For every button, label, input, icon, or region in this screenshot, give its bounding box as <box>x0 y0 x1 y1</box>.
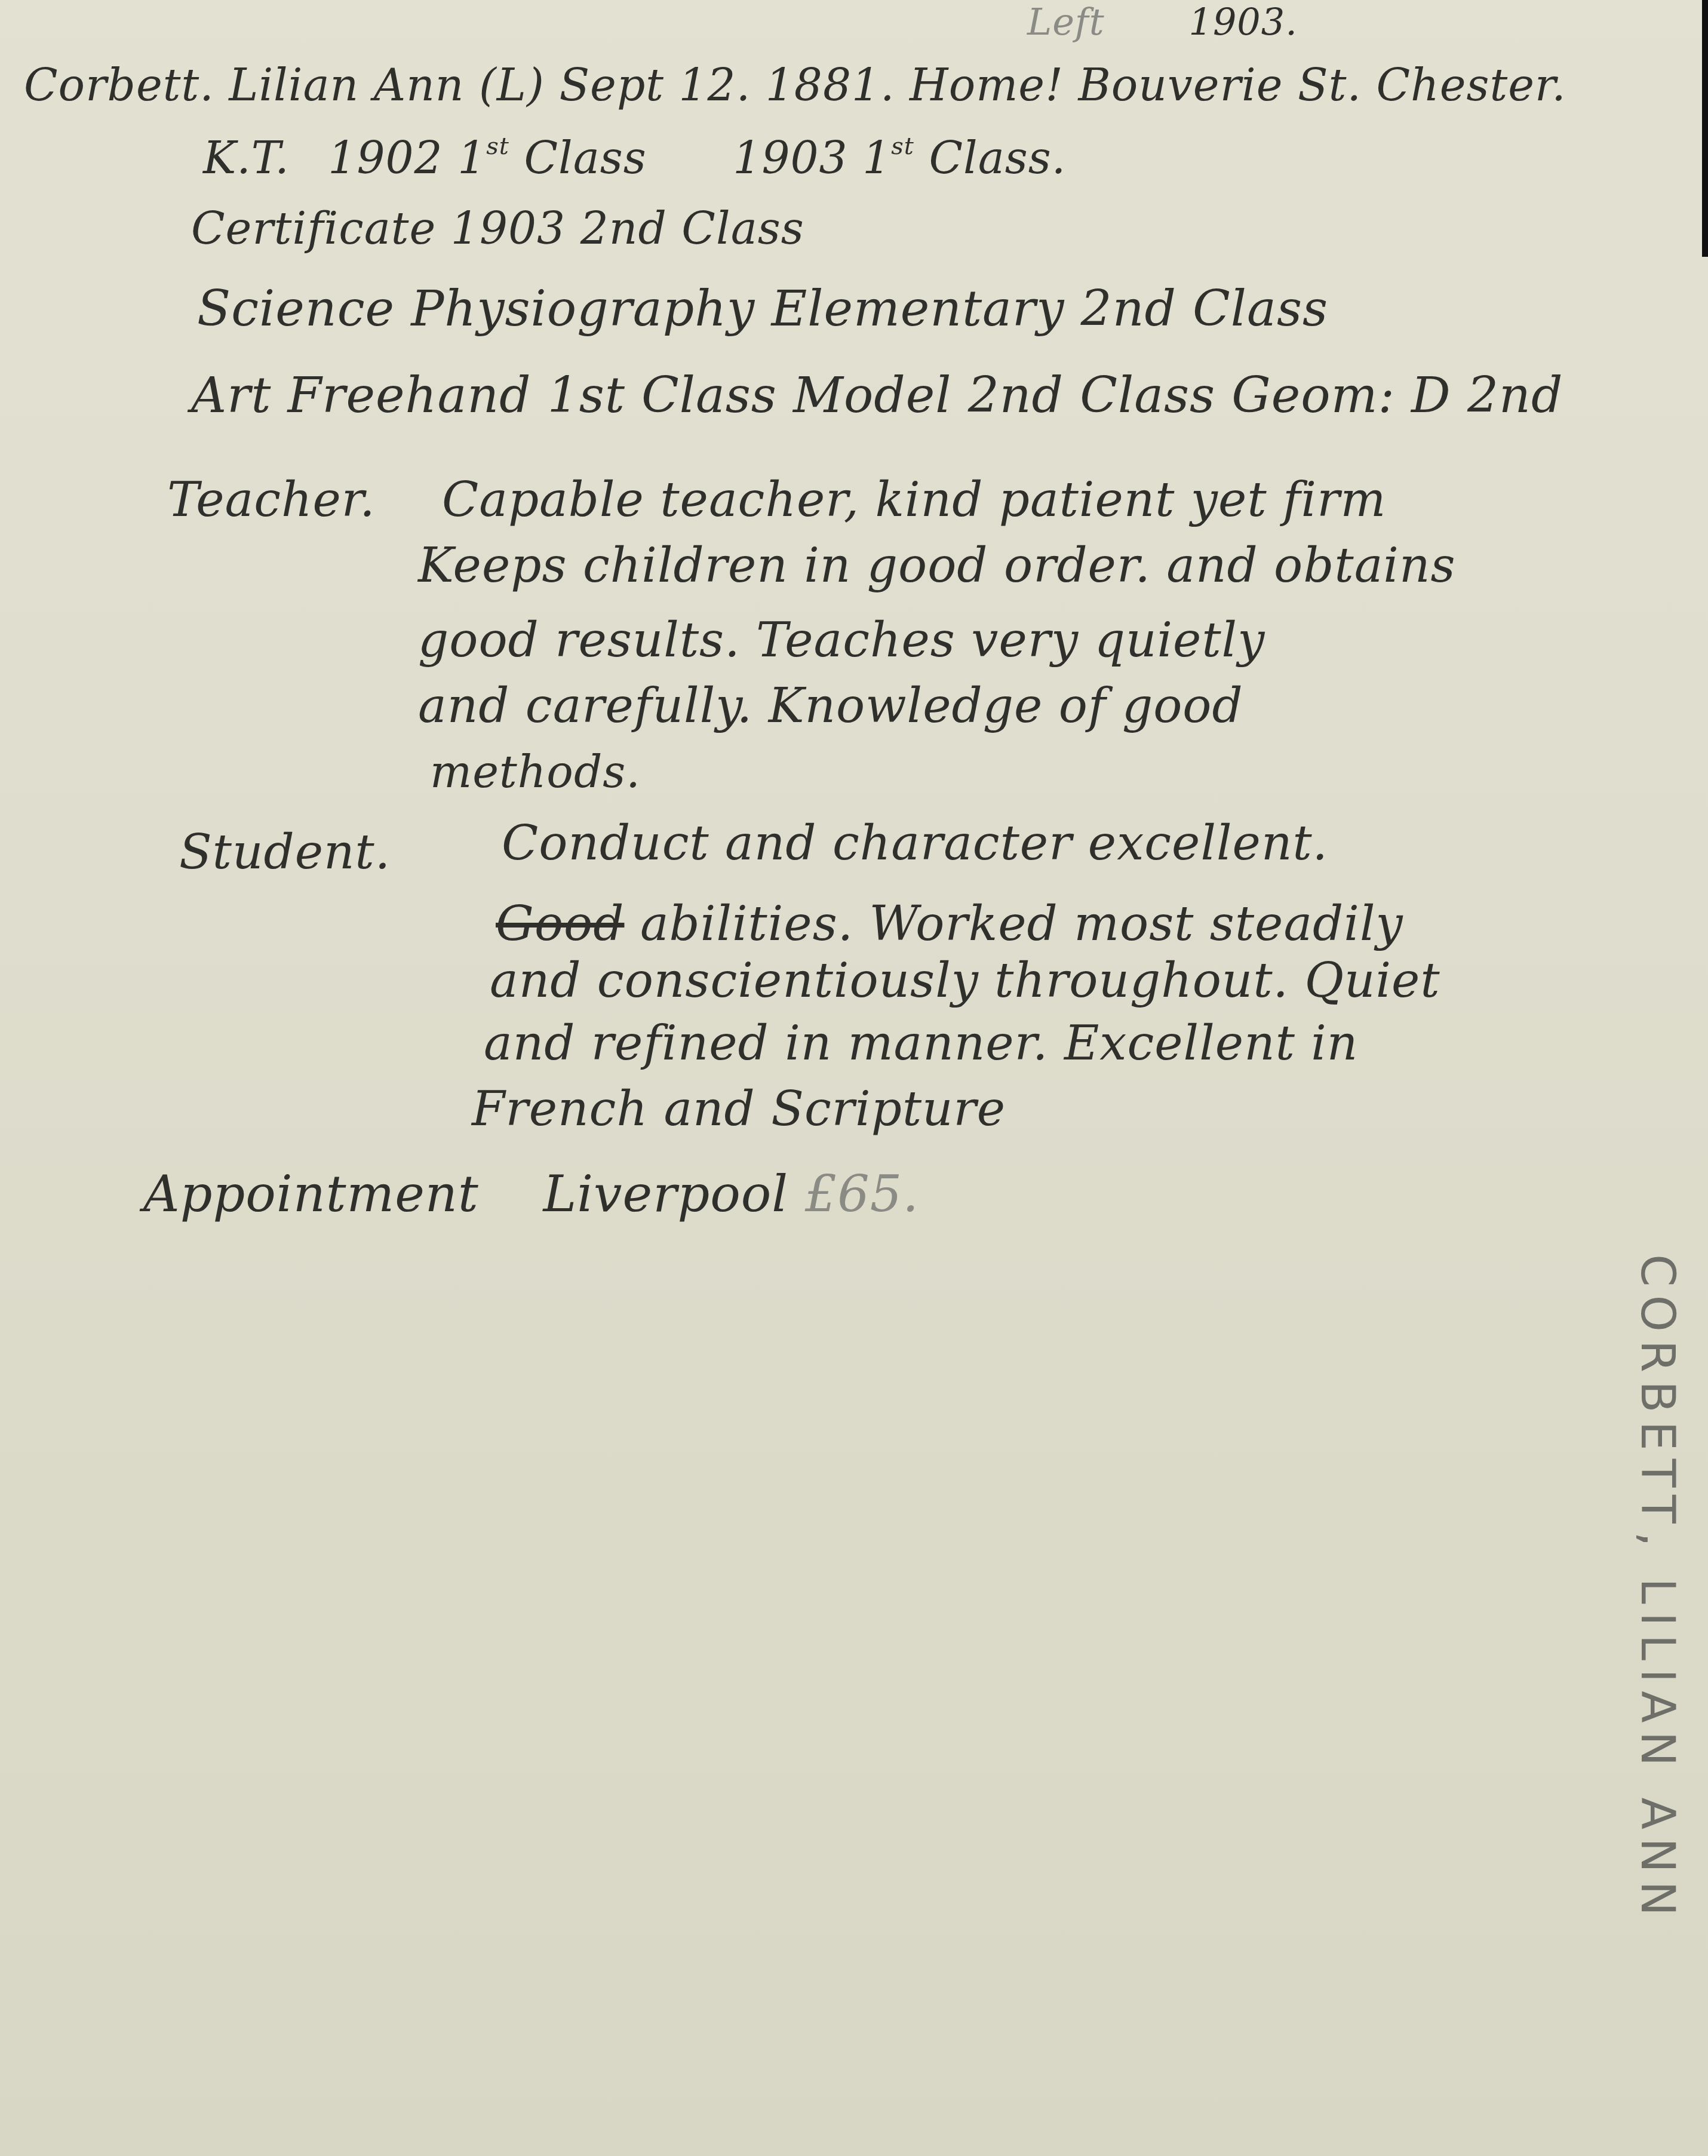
kt-result-2-num: 1 <box>862 133 891 184</box>
record-card: Left 1903. Corbett. Lilian Ann (L) Sept … <box>0 0 1708 2156</box>
kt-results: K.T. 1902 1st Class 1903 1st Class. <box>203 133 1066 184</box>
given-names: Lilian Ann <box>229 60 464 111</box>
teacher-remark-1: Capable teacher, kind patient yet firm <box>442 472 1386 527</box>
kt-label: K.T. <box>203 133 290 184</box>
student-label: Student. <box>179 824 391 880</box>
appointment-line: Appointment Liverpool £65. <box>143 1165 919 1223</box>
teacher-remark-5: methods. <box>430 747 641 798</box>
home-label: Home! <box>910 60 1064 111</box>
left-label: Left <box>1027 0 1105 44</box>
appointment-label: Appointment <box>143 1165 479 1223</box>
left-year: 1903. <box>1188 0 1298 44</box>
student-remark-5: French and Scripture <box>472 1081 1006 1137</box>
teacher-remark-4: and carefully. Knowledge of good <box>418 678 1243 733</box>
kt-year-2: 1903 <box>733 133 847 184</box>
kt-year-1: 1902 <box>328 133 443 184</box>
student-remark-2-rest: abilities. Worked most steadily <box>624 896 1403 951</box>
kt-result-1-word: Class <box>524 133 646 184</box>
mark: (L) <box>479 60 545 111</box>
teacher-label: Teacher. <box>167 472 376 527</box>
page-edge-shadow <box>1702 0 1708 257</box>
left-date: Left 1903. <box>1027 0 1298 44</box>
struck-word: Good <box>496 896 624 951</box>
record-header: Corbett. Lilian Ann (L) Sept 12. 1881. H… <box>24 60 1566 111</box>
kt-result-2-sup: st <box>891 133 914 160</box>
home-address: Bouverie St. Chester. <box>1078 60 1566 111</box>
student-remark-4: and refined in manner. Excellent in <box>484 1015 1358 1071</box>
student-remark-1: Conduct and character excellent. <box>502 815 1328 871</box>
teacher-remark-2: Keeps children in good order. and obtain… <box>418 538 1455 593</box>
student-remark-3: and conscientiously throughout. Quiet <box>490 953 1440 1008</box>
student-remark-2: Good abilities. Worked most steadily <box>496 896 1403 951</box>
kt-result-2-word: Class. <box>929 133 1066 184</box>
appointment-place: Liverpool <box>543 1165 788 1223</box>
art-line: Art Freehand 1st Class Model 2nd Class G… <box>191 367 1563 424</box>
kt-result-1-sup: st <box>486 133 509 160</box>
index-name-vertical: CORBETT, LILIAN ANN <box>1630 1254 1684 1924</box>
science-line: Science Physiography Elementary 2nd Clas… <box>197 281 1328 337</box>
appointment-salary: £65. <box>805 1165 919 1223</box>
surname: Corbett. <box>24 60 214 111</box>
certificate-line: Certificate 1903 2nd Class <box>191 203 804 254</box>
kt-result-1-num: 1 <box>457 133 486 184</box>
teacher-remark-3: good results. Teaches very quietly <box>418 612 1265 668</box>
birth-date: Sept 12. 1881. <box>559 60 895 111</box>
